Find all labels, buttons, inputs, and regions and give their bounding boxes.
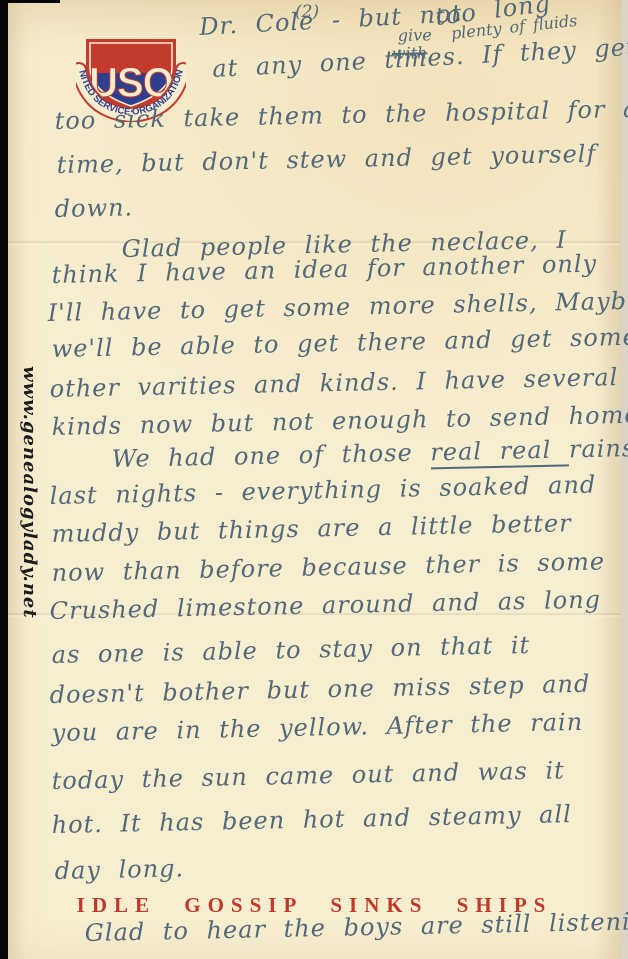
- scanned-letter-page: USO UNITED SERVICE ORGANIZATIONS (2) Dr.…: [0, 0, 628, 959]
- underlined-word: real: [499, 435, 569, 467]
- rains-suffix: rains: [569, 434, 628, 463]
- scan-edge-top: [0, 0, 60, 3]
- handwritten-line: day long.: [54, 855, 184, 884]
- scan-edge-right: [621, 0, 628, 959]
- underlined-word: real: [430, 437, 500, 469]
- watermark: www.genealogylady.net: [19, 366, 40, 619]
- insertion-word: give: [398, 26, 432, 44]
- handwritten-line: down.: [54, 194, 133, 222]
